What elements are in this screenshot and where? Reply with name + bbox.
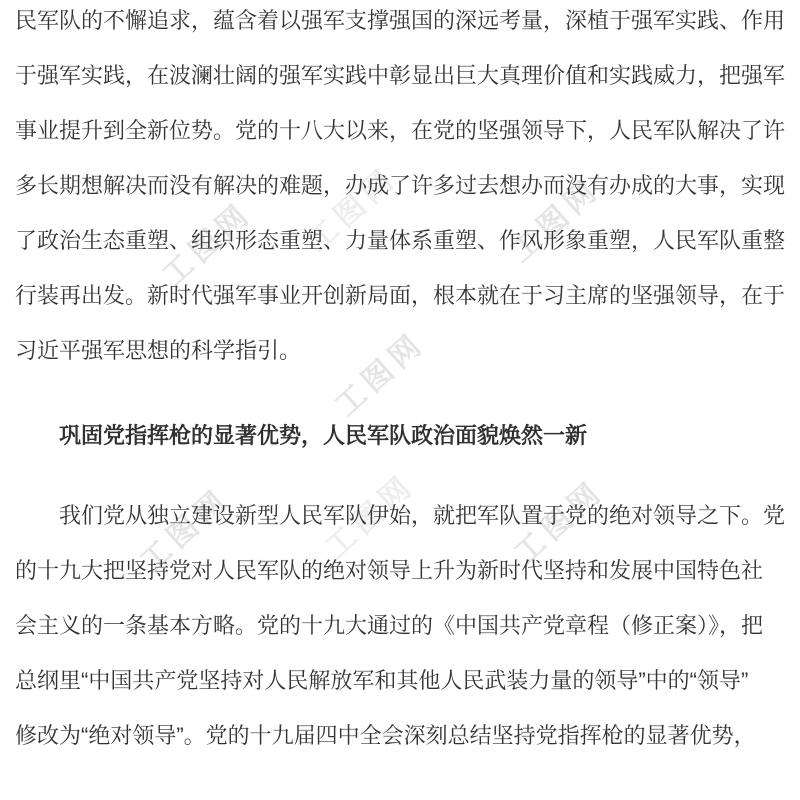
text-line: 我们党从独立建设新型人民军队伊始，就把军队置于党的绝对领导之下。党 xyxy=(15,488,793,543)
text-line: 行装再出发。新时代强军事业开创新局面，根本就在于习主席的坚强领导，在于 xyxy=(15,268,793,323)
text-line: 事业提升到全新位势。党的十八大以来，在党的坚强领导下，人民军队解决了许 xyxy=(15,103,793,158)
paragraph-1: 民军队的不懈追求，蕴含着以强军支撑强国的深远考量，深植于强军实践、作用 于强军实… xyxy=(15,0,793,378)
text-line: 习近平强军思想的科学指引。 xyxy=(15,323,793,378)
text-line: 民军队的不懈追求，蕴含着以强军支撑强国的深远考量，深植于强军实践、作用 xyxy=(15,0,793,48)
text-line: 多长期想解决而没有解决的难题，办成了许多过去想办而没有办成的大事，实现 xyxy=(15,158,793,213)
text-line: 了政治生态重塑、组织形态重塑、力量体系重塑、作风形象重塑，人民军队重整 xyxy=(15,213,793,268)
text-line: 于强军实践，在波澜壮阔的强军实践中彰显出巨大真理价值和实践威力，把强军 xyxy=(15,48,793,103)
text-line: 的十九大把坚持党对人民军队的绝对领导上升为新时代坚持和发展中国特色社 xyxy=(15,543,793,598)
section-heading: 巩固党指挥枪的显著优势，人民军队政治面貌焕然一新 xyxy=(15,408,793,463)
section-heading-block: 巩固党指挥枪的显著优势，人民军队政治面貌焕然一新 xyxy=(15,408,793,463)
text-line: 总纲里“中国共产党坚持对人民解放军和其他人民武装力量的领导”中的“领导” xyxy=(15,653,793,708)
paragraph-2: 我们党从独立建设新型人民军队伊始，就把军队置于党的绝对领导之下。党 的十九大把坚… xyxy=(15,488,793,763)
document-page: 工图网 工图网 工图网 工图网 工图网 工图网 工图网 民军队的不懈追求，蕴含着… xyxy=(0,0,800,800)
text-line: 修改为“绝对领导”。党的十九届四中全会深刻总结坚持党指挥枪的显著优势， xyxy=(15,708,793,763)
text-line: 会主义的一条基本方略。党的十九大通过的《中国共产党章程（修正案）》，把 xyxy=(15,598,793,653)
document-body: 民军队的不懈追求，蕴含着以强军支撑强国的深远考量，深植于强军实践、作用 于强军实… xyxy=(0,0,800,800)
